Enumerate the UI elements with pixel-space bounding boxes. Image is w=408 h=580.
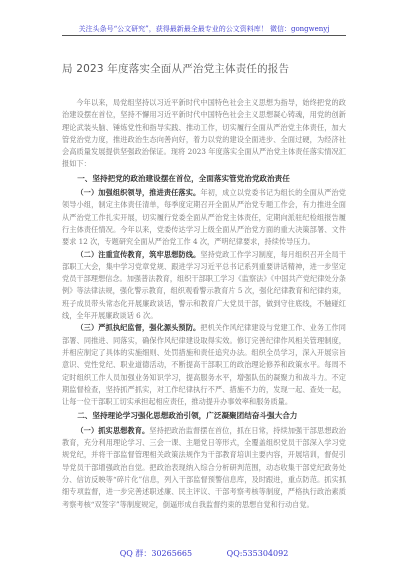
item-lead: （一）加强组织领导，推进责任落实。 xyxy=(76,188,200,197)
intro-paragraph: 今年以来，局党组坚持以习近平新时代中国特色社会主义思想为指导，始终把党的政治建设… xyxy=(62,97,346,171)
item-text: 坚持党政工作学习制度，每月组织召开全局干部职工大会，集中学习党章党规、跟进学习习… xyxy=(62,250,346,320)
document-body: 今年以来，局党组坚持以习近平新时代中国特色社会主义思想为指导，始终把党的政治建设… xyxy=(62,97,346,511)
section-1-item-2: （二）注重宣传教育，筑牢思想防线。坚持党政工作学习制度，每月组织召开全局干部职工… xyxy=(62,249,346,323)
document-title: 局 2023 年度落实全面从严治党主体责任的报告 xyxy=(62,61,289,76)
section-1-item-1: （一）加强组织领导，推进责任落实。年初，成立以党委书记为组长的全面从严治党领导小… xyxy=(62,187,346,248)
qq-number: QQ:535304092 xyxy=(227,549,289,558)
item-lead: （一）抓实思想教育。 xyxy=(76,426,149,435)
section-1-heading: 一、坚持把党的政治建设摆在首位，全面落实管党治党政治责任 xyxy=(62,173,346,185)
promo-banner: 关注头条号“公文研究”，获得最新最全最专业的公文资料库！ 微信：gongweny… xyxy=(62,24,346,36)
qq-group: QQ 群：30265665 xyxy=(120,549,192,558)
item-lead: （二）注重宣传教育，筑牢思想防线。 xyxy=(76,250,200,259)
section-2-heading: 二、坚持理论学习强化思想政治引领，广泛凝聚团结奋斗强大合力 xyxy=(62,410,346,422)
item-lead: （三）严抓执纪监督，强化源头预防。 xyxy=(76,323,200,332)
section-2-item-1: （一）抓实思想教育。坚持把政治监督摆在首位，抓在日常，持续加强干部思想政治教育，… xyxy=(62,425,346,511)
section-1-item-3: （三）严抓执纪监督，强化源头预防。把机关作风纪律建设与党建工作、业务工作同部署、… xyxy=(62,322,346,408)
item-text: 坚持把政治监督摆在首位，抓在日常，持续加强干部思想政治教育，充分利用理论学习、三… xyxy=(62,426,346,509)
promo-banner-text: 关注头条号“公文研究”，获得最新最全最专业的公文资料库！ 微信：gongweny… xyxy=(79,25,330,33)
contact-footer: QQ 群：30265665 QQ:535304092 xyxy=(0,548,408,559)
item-text: 把机关作风纪律建设与党建工作、业务工作同部署、同推进、同落实，确保作风纪律建设取… xyxy=(62,323,346,406)
